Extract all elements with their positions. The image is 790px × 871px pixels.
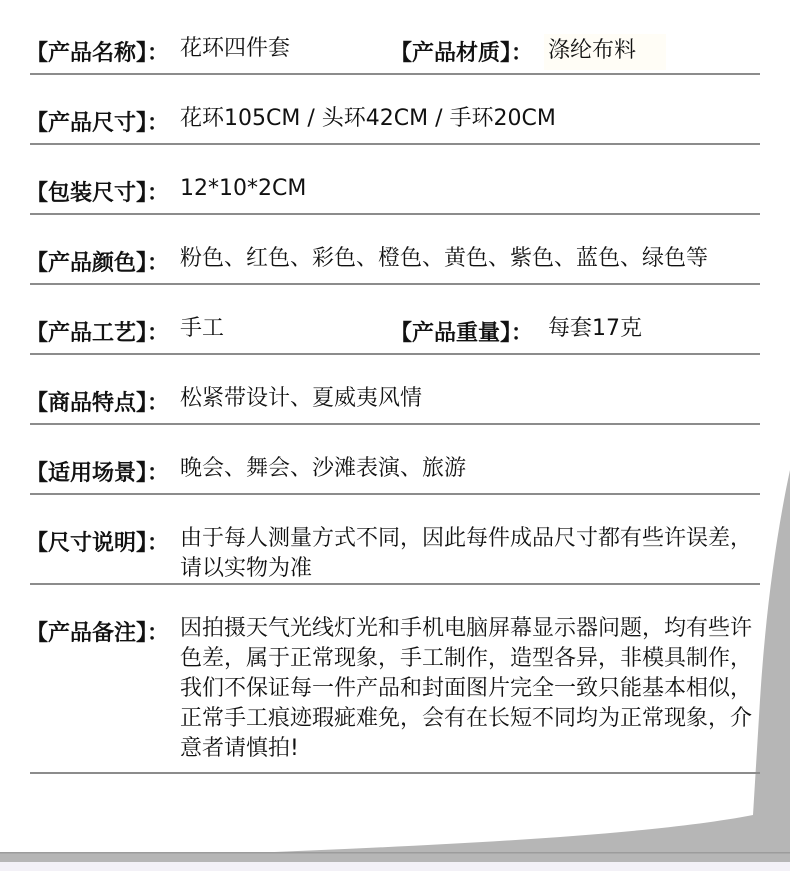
- spec-label-weight: 【产品重量】：: [390, 316, 533, 347]
- spec-value-colors: 粉色、红色、彩色、橙色、黄色、紫色、蓝色、绿色等: [180, 244, 708, 274]
- spec-row-remarks: 【产品备注】： 因拍摄天气光线灯光和手机电脑屏幕显示器问题，均有些许色差，属于正…: [26, 614, 760, 764]
- spec-label-features: 【商品特点】：: [26, 386, 169, 417]
- spec-row-features: 【商品特点】： 松紧带设计、夏威夷风情: [26, 384, 760, 420]
- spec-value-weight: 每套17克: [548, 314, 642, 344]
- spec-label-package: 【包装尺寸】：: [26, 176, 169, 207]
- spec-label-size: 【产品尺寸】：: [26, 106, 169, 137]
- spec-row-craft-weight: 【产品工艺】： 手工 【产品重量】： 每套17克: [26, 314, 760, 350]
- separator: [30, 583, 760, 585]
- spec-label-craft: 【产品工艺】：: [26, 316, 169, 347]
- separator: [30, 423, 760, 425]
- spec-value-package: 12*10*2CM: [180, 174, 306, 204]
- spec-row-package: 【包装尺寸】： 12*10*2CM: [26, 174, 760, 210]
- spec-value-scenes: 晚会、舞会、沙滩表演、旅游: [180, 454, 466, 484]
- spec-row-size: 【产品尺寸】： 花环105CM / 头环42CM / 手环20CM: [26, 104, 760, 140]
- spec-row-scenes: 【适用场景】： 晚会、舞会、沙滩表演、旅游: [26, 454, 760, 490]
- spec-label-scenes: 【适用场景】：: [26, 456, 169, 487]
- spec-label-size-note: 【尺寸说明】：: [26, 526, 169, 557]
- separator: [30, 143, 760, 145]
- spec-label-name: 【产品名称】：: [26, 36, 169, 67]
- spec-label-remarks: 【产品备注】：: [26, 616, 169, 647]
- spec-row-size-note: 【尺寸说明】： 由于每人测量方式不同，因此每件成品尺寸都有些许误差，请以实物为准: [26, 524, 760, 584]
- spec-label-material: 【产品材质】：: [390, 36, 533, 67]
- separator: [30, 353, 760, 355]
- spec-value-features: 松紧带设计、夏威夷风情: [180, 384, 422, 414]
- spec-label-colors: 【产品颜色】：: [26, 246, 169, 277]
- separator: [30, 772, 760, 774]
- spec-row-name-material: 【产品名称】： 花环四件套 【产品材质】： 涤纶布料: [26, 34, 760, 70]
- spec-row-colors: 【产品颜色】： 粉色、红色、彩色、橙色、黄色、紫色、蓝色、绿色等: [26, 244, 760, 280]
- spec-value-material: 涤纶布料: [544, 34, 666, 70]
- separator: [30, 283, 760, 285]
- spec-value-size: 花环105CM / 头环42CM / 手环20CM: [180, 104, 556, 134]
- separator: [30, 73, 760, 75]
- spec-value-remarks: 因拍摄天气光线灯光和手机电脑屏幕显示器问题，均有些许色差，属于正常现象，手工制作…: [180, 614, 760, 764]
- spec-value-name: 花环四件套: [180, 34, 290, 64]
- separator: [30, 213, 760, 215]
- spec-value-size-note: 由于每人测量方式不同，因此每件成品尺寸都有些许误差，请以实物为准: [180, 524, 760, 584]
- spec-value-craft: 手工: [180, 314, 224, 344]
- separator: [30, 493, 760, 495]
